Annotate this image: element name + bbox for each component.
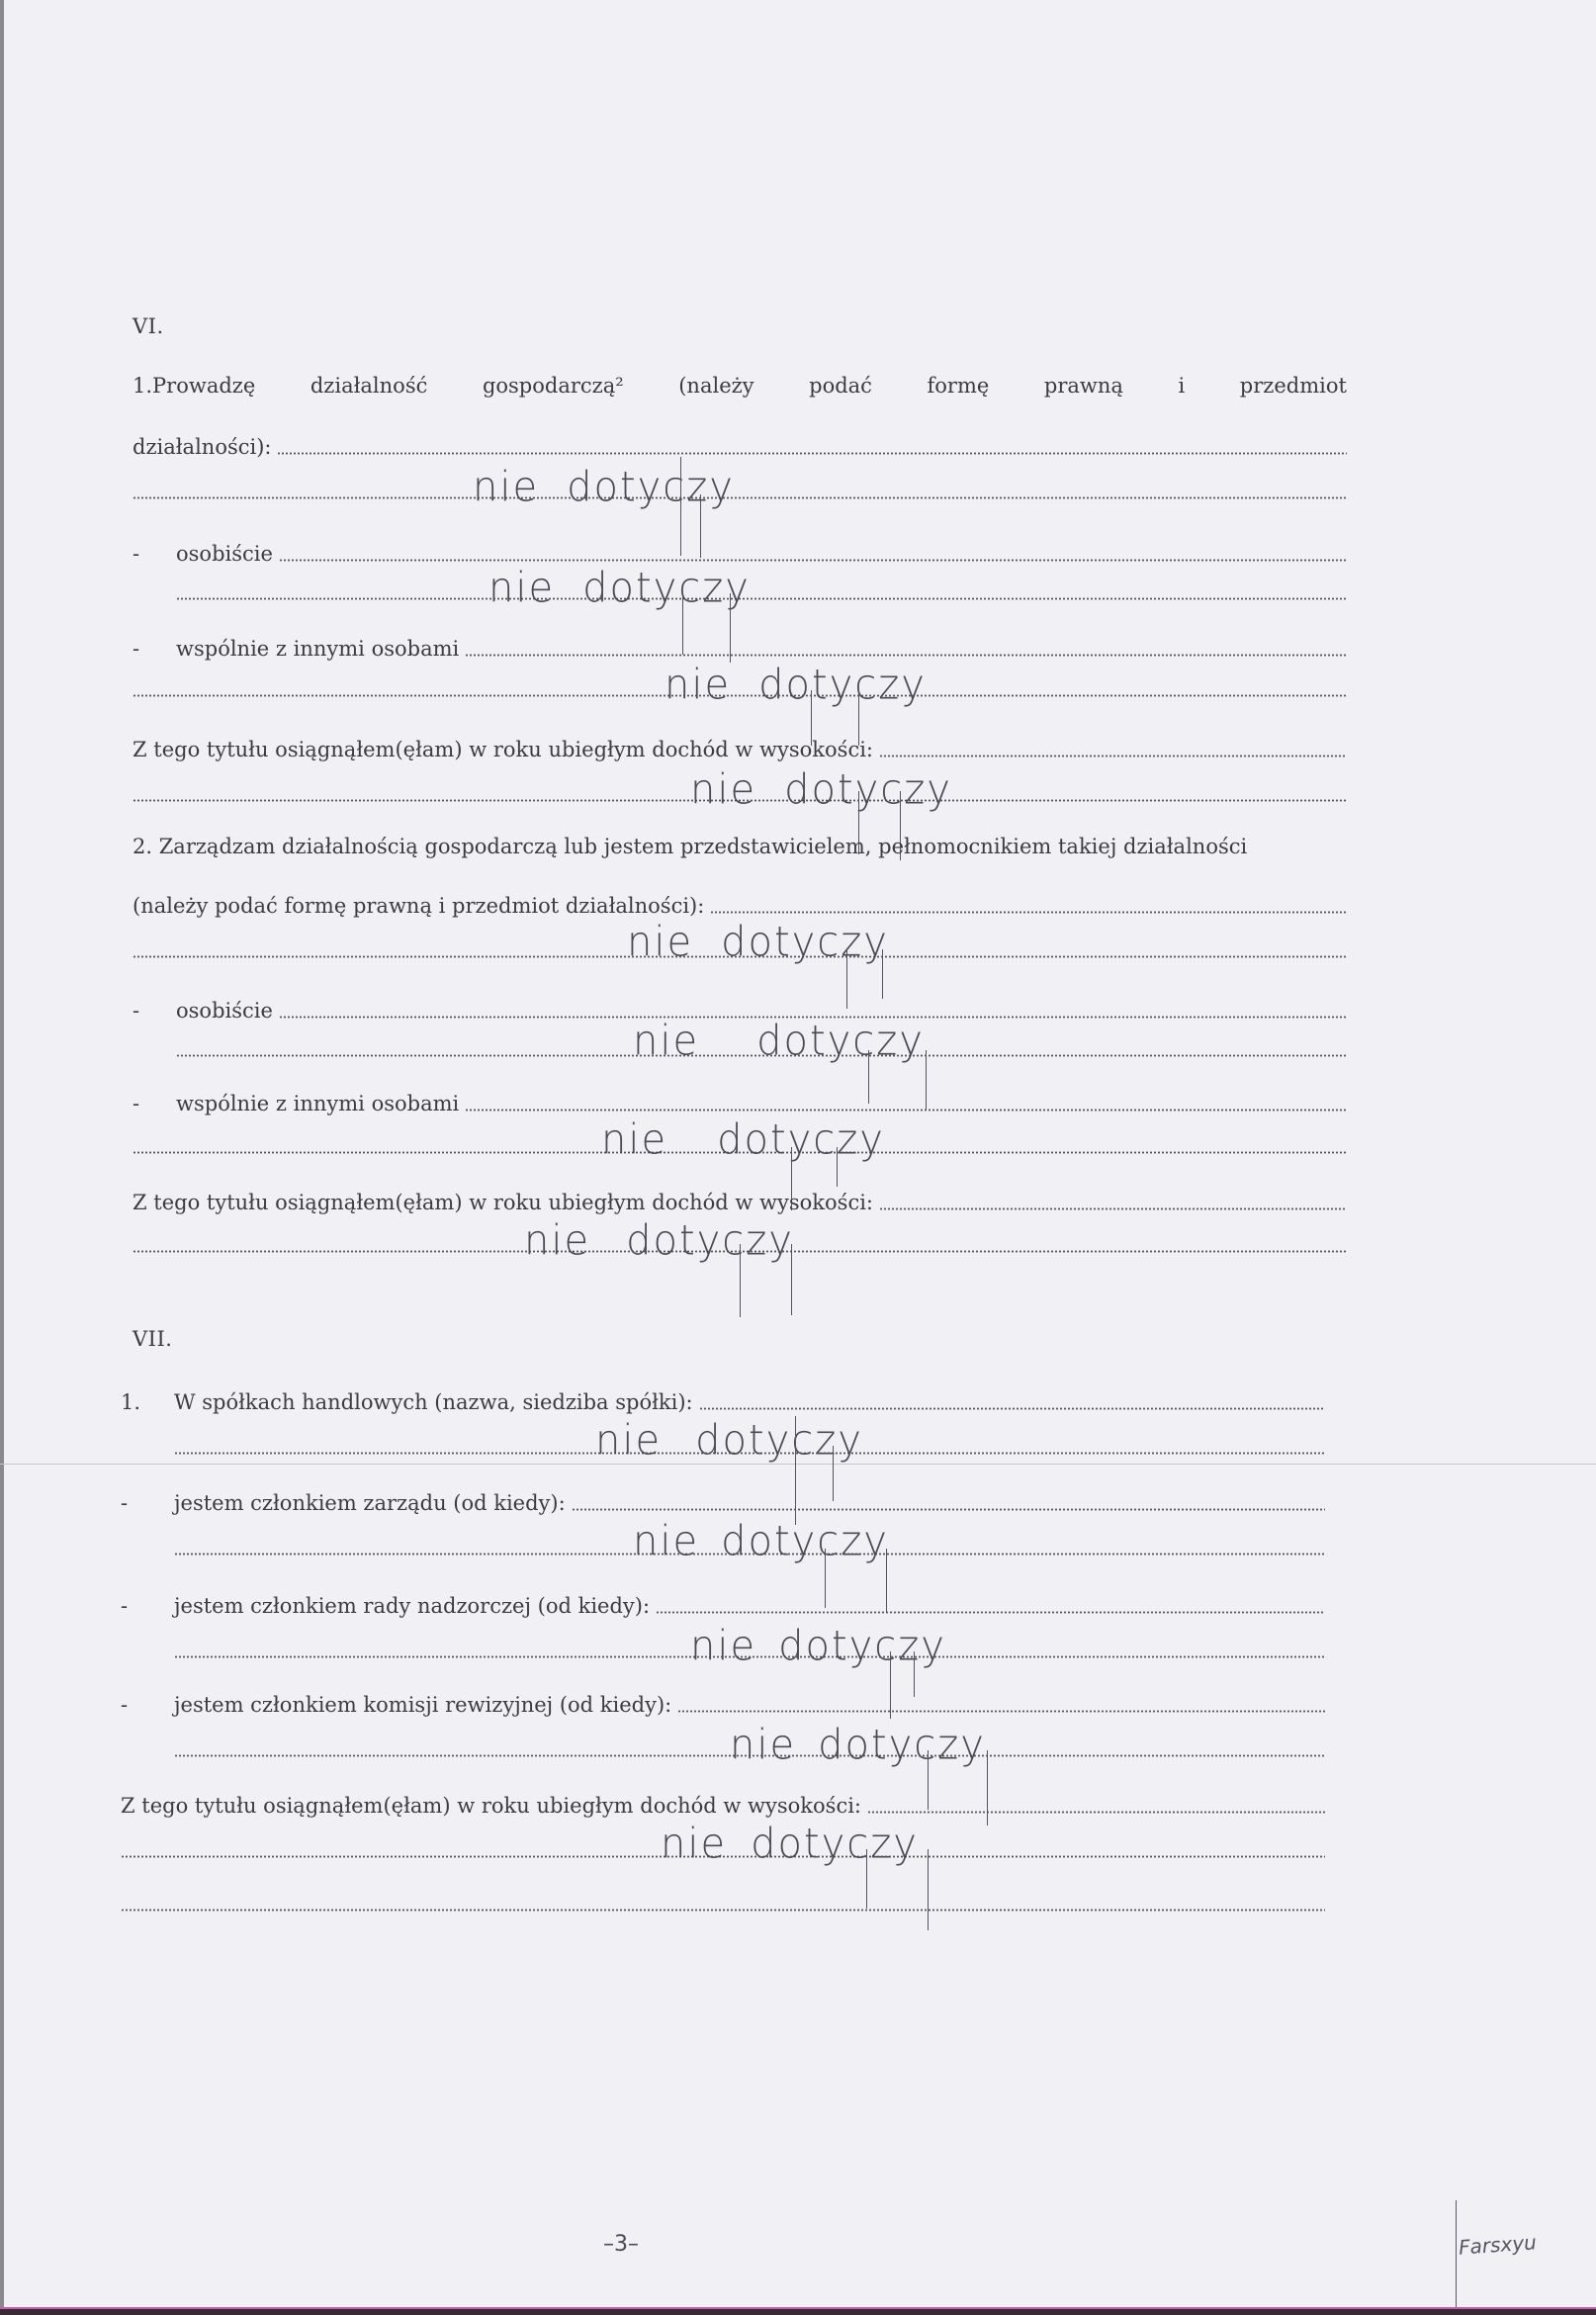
field-label: jestem członkiem zarządu (od kiedy): [174, 1491, 566, 1515]
s6-item1-jointly-field[interactable]: - wspólnie z innymi osobami [133, 637, 1347, 661]
dotted-fill-line [121, 1909, 1325, 1912]
s7-income-field[interactable]: Z tego tytułu osiągnąłem(ęłam) w roku ub… [121, 1794, 1325, 1818]
s6-item2-income-field[interactable]: Z tego tytułu osiągnąłem(ęłam) w roku ub… [133, 1191, 1347, 1214]
s6-item1-income-field[interactable]: Z tego tytułu osiągnąłem(ęłam) w roku ub… [133, 738, 1347, 761]
s7-supervisory-board-field[interactable]: - jestem członkiem rady nadzorczej (od k… [121, 1594, 1325, 1618]
s7-board-member-field[interactable]: - jestem członkiem zarządu (od kiedy): [121, 1491, 1325, 1515]
handwritten-answer: niedotyczy [661, 1821, 919, 1868]
word: (należy [678, 374, 754, 398]
handwritten-answer: niedotyczy [627, 919, 889, 966]
handwritten-stroke [882, 949, 883, 999]
field-label: Z tego tytułu osiągnąłem(ęłam) w roku ub… [121, 1794, 861, 1818]
dotted-fill-line [572, 1508, 1325, 1511]
field-label: osobiście [176, 999, 273, 1023]
handwritten-answer: niedotyczy [595, 1417, 863, 1465]
dotted-fill-line [677, 1710, 1325, 1713]
s6-item1-subject-field[interactable]: działalności): [133, 435, 1347, 459]
field-label: jestem członkiem komisji rewizyjnej (od … [174, 1693, 671, 1717]
s7-extra-answer-line[interactable] [121, 1909, 1325, 1915]
field-label: jestem członkiem rady nadzorczej (od kie… [174, 1594, 650, 1618]
dotted-fill-line [879, 755, 1347, 757]
dotted-fill-line [279, 559, 1347, 562]
scan-bottom-edge [0, 2307, 1596, 2315]
s6-item1-subject-answer-line[interactable] [133, 496, 1347, 503]
s7-audit-committee-field[interactable]: - jestem członkiem komisji rewizyjnej (o… [121, 1693, 1325, 1717]
handwritten-stroke [914, 1651, 915, 1697]
s6-item2-intro-line1: 2. Zarządzam działalnością gospodarczą l… [133, 835, 1347, 858]
dotted-fill-line [699, 1407, 1325, 1410]
s7-item1-companies-field[interactable]: 1. W spółkach handlowych (nazwa, siedzib… [121, 1390, 1325, 1414]
handwritten-answer: niedotyczy [665, 662, 927, 709]
word: i [1179, 374, 1186, 398]
word: gospodarczą² [483, 374, 624, 398]
handwritten-stroke [740, 1244, 741, 1317]
handwritten-answer: niedotyczy [730, 1722, 986, 1769]
handwritten-answer: niedotyczy [690, 1623, 946, 1670]
dotted-fill-line [465, 1109, 1347, 1112]
s6-item1-personally-answer-line[interactable] [176, 597, 1347, 604]
field-label: Z tego tytułu osiągnąłem(ęłam) w roku ub… [133, 1191, 873, 1214]
section-7-heading: VII. [133, 1327, 172, 1351]
field-label: wspólnie z innymi osobami [176, 637, 459, 661]
word: przedmiot [1240, 374, 1347, 398]
field-label: działalności): [133, 435, 271, 459]
word: prawną [1044, 374, 1123, 398]
handwritten-stroke [866, 1849, 867, 1909]
s6-item1-intro: 1.Prowadzę działalność gospodarczą² (nal… [133, 374, 1347, 398]
signature-stroke [1456, 2200, 1457, 2309]
handwritten-answer: niedotyczy [473, 464, 735, 511]
handwritten-stroke [680, 457, 681, 556]
section-6-heading: VI. [133, 314, 164, 338]
field-label: osobiście [176, 542, 273, 566]
declaration-page: VI. 1.Prowadzę działalność gospodarczą² … [0, 0, 1596, 2315]
dotted-fill-line [879, 1207, 1347, 1210]
handwritten-answer: niedotyczy [524, 1217, 794, 1265]
dotted-fill-line [710, 911, 1347, 914]
dotted-fill-line [867, 1811, 1325, 1814]
item-number: 1. [121, 1390, 174, 1414]
field-label: wspólnie z innymi osobami [176, 1092, 459, 1115]
page-number: –3– [603, 2232, 639, 2257]
s6-item1-personally-field[interactable]: - osobiście [133, 542, 1347, 566]
dotted-fill-line [133, 496, 1347, 499]
field-label: Z tego tytułu osiągnąłem(ęłam) w roku ub… [133, 738, 873, 761]
handwritten-answer: niedotyczy [633, 1518, 889, 1565]
dotted-fill-line [277, 452, 1347, 455]
word: 1.Prowadzę [133, 374, 255, 398]
dotted-fill-line [465, 654, 1347, 657]
s6-item2-subject-field[interactable]: (należy podać formę prawną i przedmiot d… [133, 894, 1347, 918]
field-label: 2. Zarządzam działalnością gospodarczą l… [133, 835, 1247, 858]
handwritten-answer: niedotyczy [488, 565, 751, 612]
dotted-fill-line [656, 1611, 1325, 1614]
word: podać [809, 374, 872, 398]
handwritten-stroke [928, 1849, 929, 1930]
field-label: W spółkach handlowych (nazwa, siedziba s… [174, 1390, 693, 1414]
s6-item2-jointly-field[interactable]: - wspólnie z innymi osobami [133, 1092, 1347, 1115]
handwritten-answer: niedotyczy [633, 1018, 925, 1065]
handwritten-stroke [837, 1147, 838, 1187]
word: działalność [310, 374, 428, 398]
dotted-fill-line [176, 597, 1347, 600]
signature: Farsxyu [1458, 2230, 1537, 2259]
word: formę [928, 374, 990, 398]
handwritten-answer: niedotyczy [690, 766, 952, 814]
field-label: (należy podać formę prawną i przedmiot d… [133, 894, 704, 918]
handwritten-answer: niedotyczy [601, 1116, 885, 1164]
handwritten-stroke [791, 1244, 792, 1315]
